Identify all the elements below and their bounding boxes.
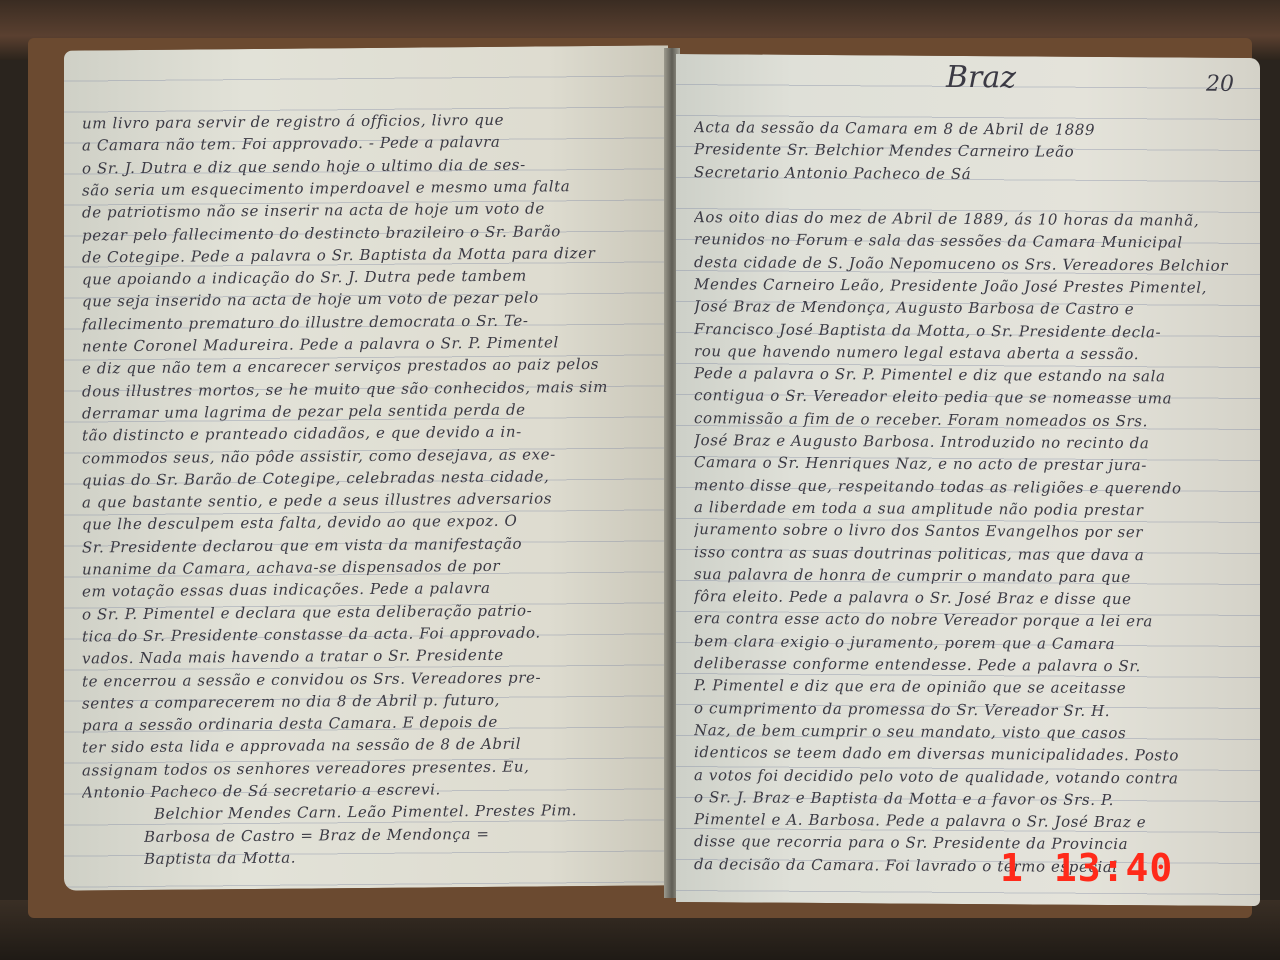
timestamp-time: 13:40 [1054, 846, 1173, 890]
title-line: Secretario Antonio Pacheco de Sá [694, 161, 1250, 187]
header-note: Braz [946, 60, 1016, 95]
page-number: 20 [1206, 72, 1234, 97]
left-page: um livro para servir de registro á offic… [64, 45, 668, 890]
right-page: Braz 20 Acta da sessão da Camara em 8 de… [676, 54, 1260, 906]
signature-line: Baptista da Motta. [144, 843, 658, 869]
camera-timestamp: 113:40 [1000, 846, 1173, 890]
timestamp-day: 1 [1000, 846, 1024, 890]
